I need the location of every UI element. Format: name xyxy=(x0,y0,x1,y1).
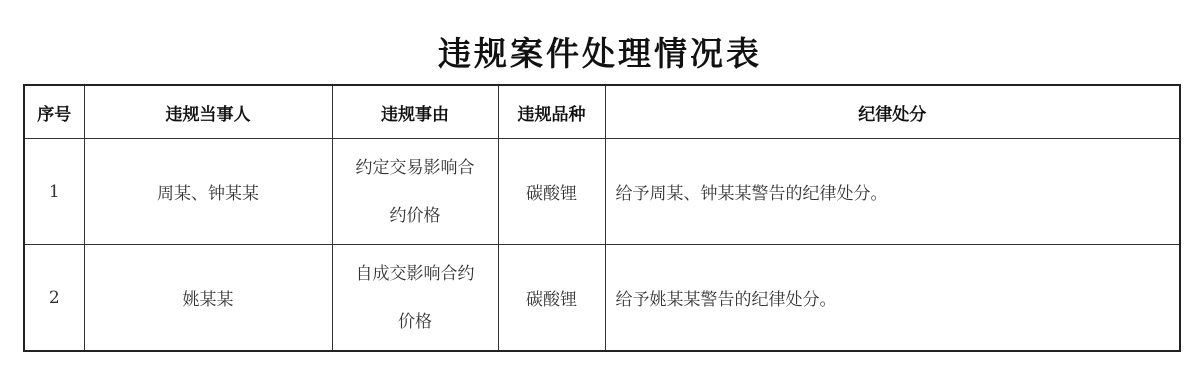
cell-seq: 2 xyxy=(24,245,84,352)
cell-reason: 约定交易影响合约价格 xyxy=(332,139,498,245)
cell-seq: 1 xyxy=(24,139,84,245)
table-row: 1 周某、钟某某 约定交易影响合约价格 碳酸锂 给予周某、钟某某警告的纪律处分。 xyxy=(24,139,1180,245)
cell-party: 姚某某 xyxy=(84,245,332,352)
header-seq: 序号 xyxy=(24,85,84,139)
document-title: 违规案件处理情况表 xyxy=(0,28,1200,75)
reason-line-1: 自成交影响合约 xyxy=(356,264,475,284)
header-product: 违规品种 xyxy=(498,85,605,139)
cell-product: 碳酸锂 xyxy=(498,139,605,245)
cell-product: 碳酸锂 xyxy=(498,245,605,352)
cell-penalty: 给予周某、钟某某警告的纪律处分。 xyxy=(605,139,1180,245)
cell-penalty: 给予姚某某警告的纪律处分。 xyxy=(605,245,1180,352)
table-row: 2 姚某某 自成交影响合约价格 碳酸锂 给予姚某某警告的纪律处分。 xyxy=(24,245,1180,352)
violation-cases-table: 序号 违规当事人 违规事由 违规品种 纪律处分 1 周某、钟某某 约定交易影响合… xyxy=(23,84,1181,352)
cell-party: 周某、钟某某 xyxy=(84,139,332,245)
header-reason: 违规事由 xyxy=(332,85,498,139)
cell-reason: 自成交影响合约价格 xyxy=(332,245,498,352)
header-party: 违规当事人 xyxy=(84,85,332,139)
table-header-row: 序号 违规当事人 违规事由 违规品种 纪律处分 xyxy=(24,85,1180,139)
reason-line-2: 价格 xyxy=(398,312,432,332)
reason-line-1: 约定交易影响合 xyxy=(356,158,475,178)
reason-line-2: 约价格 xyxy=(390,206,441,226)
header-penalty: 纪律处分 xyxy=(605,85,1180,139)
